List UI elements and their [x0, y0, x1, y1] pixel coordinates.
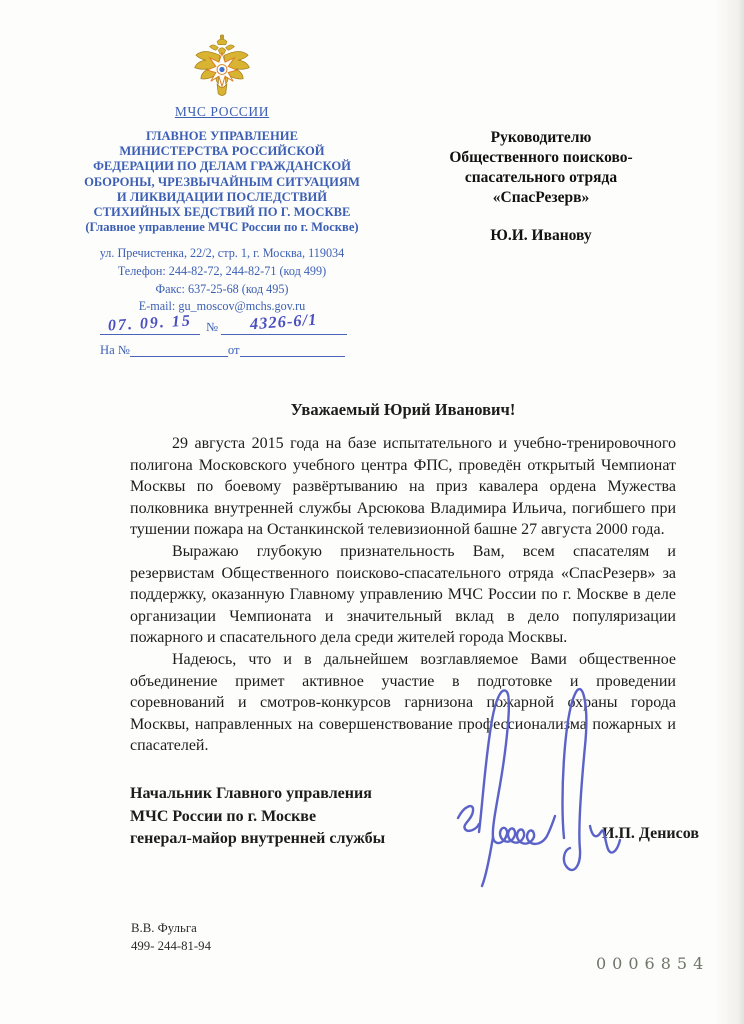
reply-ref-row: На № от: [100, 337, 440, 357]
outgoing-number-field: 4326-6/1: [221, 314, 347, 335]
outgoing-ref-row: 07. 09. 15 № 4326-6/1: [100, 303, 440, 335]
org-line: И ЛИКВИДАЦИИ ПОСЛЕДСТВИЙ: [58, 190, 386, 205]
body-paragraph: Выражаю глубокую признательность Вам, вс…: [130, 541, 676, 649]
executor-name: В.В. Фульга: [131, 919, 211, 937]
reply-date-blank: [240, 343, 345, 357]
recipient-line: Общественного поисково-: [398, 148, 684, 168]
handwritten-number: 4326-6/1: [249, 310, 318, 335]
recipient-line: Руководителю: [398, 128, 684, 148]
reply-from-label: от: [228, 343, 240, 357]
executor-block: В.В. Фульга 499- 244-81-94: [131, 919, 211, 955]
letter-body: Уважаемый Юрий Иванович! 29 августа 2015…: [130, 400, 676, 757]
reference-block: 07. 09. 15 № 4326-6/1 На № от: [100, 303, 440, 357]
fax-line: Факс: 637-25-68 (код 495): [58, 281, 386, 299]
reply-number-label: На №: [100, 343, 130, 357]
executor-phone: 499- 244-81-94: [131, 937, 211, 955]
scanned-letter-page: МЧС РОССИИ ГЛАВНОЕ УПРАВЛЕНИЕ МИНИСТЕРСТ…: [0, 0, 744, 1024]
phone-line: Телефон: 244-82-72, 244-82-71 (код 499): [58, 263, 386, 281]
recipient-line: «СпасРезерв»: [398, 188, 684, 208]
org-line: СТИХИЙНЫХ БЕДСТВИЙ ПО Г. МОСКВЕ: [58, 205, 386, 220]
address-line: ул. Пречистенка, 22/2, стр. 1, г. Москва…: [58, 245, 386, 263]
body-paragraph: Надеюсь, что и в дальнейшем возглавляемо…: [130, 649, 676, 757]
org-line: МИНИСТЕРСТВА РОССИЙСКОЙ: [58, 144, 386, 159]
outgoing-date-field: 07. 09. 15: [100, 316, 200, 335]
number-sign: №: [200, 320, 221, 335]
org-short-title: МЧС РОССИИ: [58, 104, 386, 120]
letterhead: МЧС РОССИИ ГЛАВНОЕ УПРАВЛЕНИЕ МИНИСТЕРСТ…: [58, 34, 386, 316]
registration-stamp-number: 0006854: [596, 954, 709, 973]
salutation: Уважаемый Юрий Иванович!: [130, 400, 676, 420]
org-alt-name: (Главное управление МЧС России по г. Мос…: [58, 220, 386, 235]
recipient-name: Ю.И. Иванову: [398, 226, 684, 246]
signer-name: И.П. Денисов: [602, 823, 699, 846]
org-full-name: ГЛАВНОЕ УПРАВЛЕНИЕ МИНИСТЕРСТВА РОССИЙСК…: [58, 129, 386, 235]
org-line: ФЕДЕРАЦИИ ПО ДЕЛАМ ГРАЖДАНСКОЙ: [58, 159, 386, 174]
recipient-line: спасательного отряда: [398, 168, 684, 188]
reply-number-blank: [130, 343, 228, 357]
recipient-block: Руководителю Общественного поисково- спа…: [398, 128, 684, 246]
mchs-eagle-emblem-icon: [191, 34, 253, 100]
org-line: ГЛАВНОЕ УПРАВЛЕНИЕ: [58, 129, 386, 144]
signature-block: Начальник Главного управления МЧС России…: [130, 783, 694, 851]
org-line: ОБОРОНЫ, ЧРЕЗВЫЧАЙНЫМ СИТУАЦИЯМ: [58, 175, 386, 190]
signer-position-line: Начальник Главного управления: [130, 783, 694, 806]
handwritten-date: 07. 09. 15: [107, 312, 192, 335]
body-paragraph: 29 августа 2015 года на базе испытательн…: [130, 433, 676, 541]
